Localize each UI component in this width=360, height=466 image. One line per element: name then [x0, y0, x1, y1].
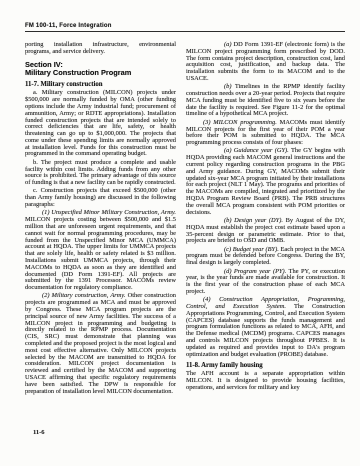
continued-paragraph: porting installation infrastructure, env… [25, 42, 176, 56]
paragraph-guidance-year-text: The GY begins with HQDA providing each M… [186, 147, 345, 215]
paragraph-2-text: Other construction projects are programm… [25, 292, 176, 394]
paragraph-a: a. Military construction (MILCON) projec… [25, 90, 176, 158]
paragraph-timelines-text: Timelines in the RPMP identify facility … [186, 83, 345, 117]
paragraph-b: b. The project must produce a complete a… [25, 160, 176, 187]
paragraph-dd-form: (a) DD Form 1391-EF (electronic form) is… [186, 42, 345, 83]
right-column: (a) DD Form 1391-EF (electronic form) is… [186, 42, 345, 397]
paragraph-2: (2) Military construction, Army. Other c… [25, 293, 176, 395]
header-rule [25, 31, 345, 32]
heading-11-8: 11-8. Army family housing [186, 362, 345, 369]
section-title: Military Construction Program [25, 69, 176, 77]
paragraph-4-text: The Construction Appropriations Programm… [186, 303, 345, 358]
paragraph-4: (4) Construction Appropriation, Programm… [186, 297, 345, 358]
page-number: 11-6 [33, 429, 45, 436]
two-column-body: porting installation infrastructure, env… [25, 42, 345, 397]
paragraph-c: c. Construction projects that exceed $50… [25, 188, 176, 208]
paragraph-design-year: (b) Design year (DY). By August of the D… [186, 218, 345, 245]
paragraph-guidance-year: (a) Guidance year (GY). The GY begins wi… [186, 148, 345, 216]
left-column: porting installation infrastructure, env… [25, 42, 176, 397]
paragraph-budget-year: (c) Budget year (BY). Each project in th… [186, 247, 345, 267]
paragraph-3: (3) MILCON programming. MACOMs must iden… [186, 120, 345, 147]
paragraph-1: (1) Unspecified Minor Military Construct… [25, 210, 176, 292]
section-heading: Section IV: Military Construction Progra… [25, 61, 176, 78]
running-header: FM 100-11, Force Integration [25, 23, 345, 32]
paragraph-afh: The AFH account is a separate appropriat… [186, 371, 345, 391]
paragraph-1-text: MILCON projects costing between $500,000… [25, 216, 176, 291]
document-page: FM 100-11, Force Integration porting ins… [0, 0, 360, 466]
paragraph-timelines: (b) Timelines in the RPMP identify facil… [186, 84, 345, 118]
paragraph-program-year: (d) Program year (PY). The PY, or execut… [186, 269, 345, 296]
running-header-title: FM 100-11, Force Integration [25, 23, 345, 29]
heading-11-7: 11-7. Military construction [25, 81, 176, 88]
paragraph-dd-form-text: DD Form 1391-EF (electronic form) is the… [186, 41, 345, 82]
